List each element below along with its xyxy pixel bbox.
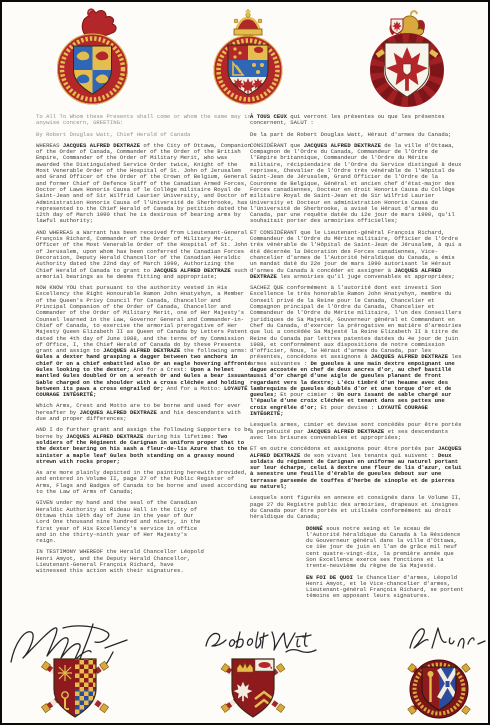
roundel-shield-batons-image [398,647,480,723]
red-shield-batons-image [210,650,296,724]
top-center-heraldic-authority-seal [200,6,296,110]
paragraph: Lesquels sont figurés en annexe et consi… [250,495,464,520]
paragraph: NOW KNOW YOU that pursuant to the author… [36,285,252,398]
bottom-right-armorial-badge [398,647,480,723]
paragraph: By Robert Douglas Watt, Chief Herald of … [36,132,252,138]
paragraph: Which Arms, Crest and Motto are to be bo… [36,403,252,422]
paragraph: IN TESTIMONY WHEREOF the Herald Chancell… [36,549,206,574]
french-column: À TOUS CEUX qui verront les présentes ou… [250,114,464,605]
letters-patent-page: To All To Whom these Presents shall come… [0,0,490,725]
paragraph: EN FOI DE QUOI le Chancelier d'armes, Lé… [306,575,464,600]
paragraph: ET en outre concédons et assignons pour … [250,446,464,490]
bottom-center-armorial-badge [210,650,296,724]
lion-crest-seal-image [45,8,140,108]
paragraph: Lesquels armes, cimier et devise sont co… [250,422,464,441]
body-text: GIVEN under my hand and the seal of the … [36,499,200,544]
paragraph: WHEREAS JACQUES ALFRED DEXTRAZE of the C… [36,143,252,225]
body-text: NOW KNOW YOU that pursuant to the author… [36,284,247,354]
paragraph: AND I do further grant and assign the fo… [36,427,252,465]
crowned-seal-image [200,6,296,110]
quartered-shield [54,659,96,717]
crest-mini-shield [391,19,403,34]
body-text: By Robert Douglas Watt, Chief Herald of … [36,131,190,138]
paragraph: CONSIDÉRANT que JACQUES ALFRED DEXTRAZE … [250,143,464,225]
paragraph: To All To Whom these Presents shall come… [36,114,252,127]
bottom-left-armorial-badge [24,650,126,722]
maple-wreath-badge-image [358,7,456,109]
paragraph: GIVEN under my hand and the seal of the … [36,500,206,544]
body-text: of the City of Ottawa, Companion of the … [36,142,251,225]
top-left-armorial-seal [45,8,140,108]
crest-lion-and-mantling [390,11,425,37]
top-right-maple-leaf-badge [358,7,456,109]
paragraph: DONNÉ sous notre seing et le sceau de l'… [306,526,464,570]
body-text: As are more plainly depicted in the pain… [36,469,247,495]
body-text: Et pour devise : [317,404,377,411]
paragraph: SACHEZ QUE conformément à l'autorité don… [250,285,464,417]
body-text: SACHEZ QUE conformément à l'autorité don… [250,284,461,360]
body-text: sous notre seing et le sceau de l'Autori… [306,525,460,570]
paragraph: AND WHEREAS a Warrant has been received … [36,230,252,280]
paragraph: ET CONSIDÉRANT que le Lieutenant-général… [250,230,464,280]
paragraph: À TOUS CEUX qui verront les présentes ou… [250,114,464,127]
crown-charge [237,663,253,672]
body-text: And for a Motto: [164,385,224,392]
paragraph: De la part de Robert Douglas Watt, Hérau… [250,132,464,138]
red-shield [232,659,274,717]
paragraph: As are more plainly depicted in the pain… [36,470,252,495]
body-text: Lesquels sont figurés en annexe et consi… [250,494,461,520]
body-text: de la ville d'Ottawa, Compagnon de l'Ord… [250,142,461,225]
red-lion-crest [82,9,116,36]
royal-crown-icon [234,9,262,35]
body-text: To All To Whom these Presents shall come… [36,113,251,126]
body-text: les armoiries qu'il juge convenables et … [277,273,455,280]
quartered-shield-batons-image [24,650,126,722]
emphasized-text: Deux soldats du régiment de Carignan en … [250,452,461,490]
body-text: IN TESTIMONY WHEREOF the Herald Chancell… [36,548,204,574]
body-text: De la part de Robert Douglas Watt, Hérau… [250,131,451,138]
english-column: To All To Whom these Presents shall come… [36,114,252,580]
